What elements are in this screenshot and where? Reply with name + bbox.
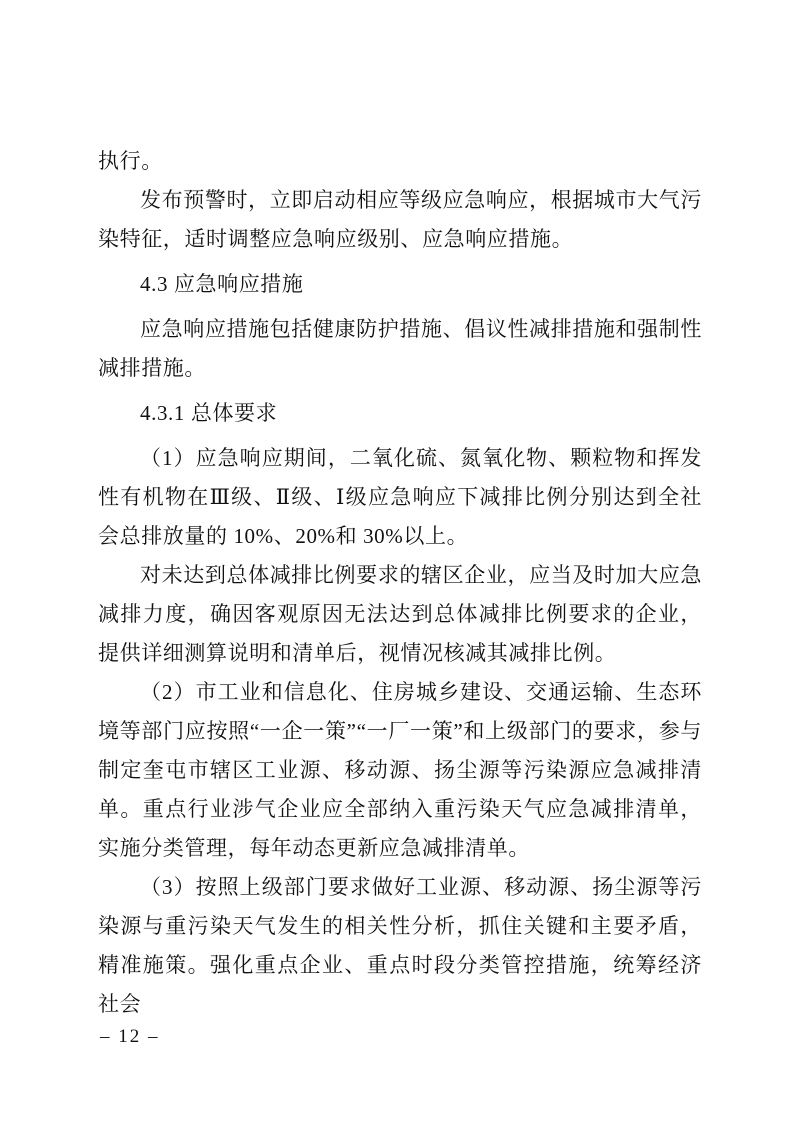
paragraph-warning-response: 发布预警时，立即启动相应等级应急响应，根据城市大气污染特征，适时调整应急响应级别… <box>98 181 702 259</box>
document-page: 执行。 发布预警时，立即启动相应等级应急响应，根据城市大气污染特征，适时调整应急… <box>0 0 793 1121</box>
page-number: – 12 – <box>100 1026 160 1048</box>
section-heading-4-3-1: 4.3.1 总体要求 <box>98 394 702 433</box>
paragraph-item-1-reduction-targets: （1）应急响应期间，二氧化硫、氮氧化物、颗粒物和挥发性有机物在Ⅲ级、Ⅱ级、Ⅰ级应… <box>98 439 702 556</box>
section-heading-4-3: 4.3 应急响应措施 <box>98 265 702 304</box>
paragraph-measures-overview: 应急响应措施包括健康防护措施、倡议性减排措施和强制性减排措施。 <box>98 310 702 388</box>
paragraph-item-2-emission-lists: （2）市工业和信息化、住房城乡建设、交通运输、生态环境等部门应按照“一企一策”“… <box>98 673 702 868</box>
document-body: 执行。 发布预警时，立即启动相应等级应急响应，根据城市大气污染特征，适时调整应急… <box>98 142 702 1024</box>
paragraph-continuation: 执行。 <box>98 142 702 181</box>
paragraph-enterprise-adjustment: 对未达到总体减排比例要求的辖区企业，应当及时加大应急减排力度，确因客观原因无法达… <box>98 556 702 673</box>
paragraph-item-3-source-analysis: （3）按照上级部门要求做好工业源、移动源、扬尘源等污染源与重污染天气发生的相关性… <box>98 868 702 1024</box>
